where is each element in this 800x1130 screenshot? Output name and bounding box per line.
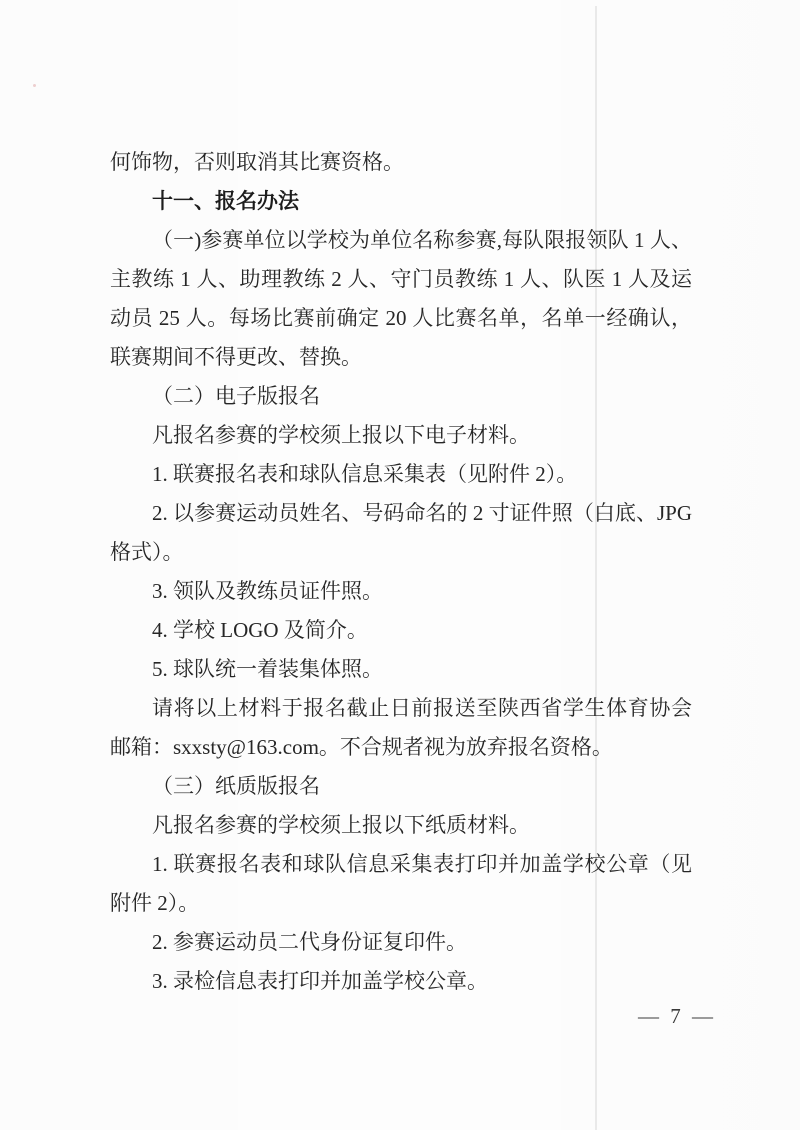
document-paragraph: 3. 领队及教练员证件照。 [110, 572, 692, 611]
document-paragraph: 凡报名参赛的学校须上报以下纸质材料。 [110, 806, 692, 845]
page-number-footer: — 7 — [638, 1001, 716, 1031]
document-paragraph: （三）纸质版报名 [110, 767, 692, 806]
document-paragraph: 1. 联赛报名表和球队信息采集表打印并加盖学校公章（见附件 2）。 [110, 845, 692, 923]
scanned-document-page: 何饰物，否则取消其比赛资格。十一、报名办法（一)参赛单位以学校为单位名称参赛,每… [0, 0, 800, 1130]
scan-speck-artifact [33, 84, 36, 87]
document-paragraph: 5. 球队统一着装集体照。 [110, 650, 692, 689]
document-paragraph: 4. 学校 LOGO 及简介。 [110, 611, 692, 650]
document-paragraph: 2. 以参赛运动员姓名、号码命名的 2 寸证件照（白底、JPG 格式）。 [110, 494, 692, 572]
document-paragraph: 1. 联赛报名表和球队信息采集表（见附件 2）。 [110, 455, 692, 494]
section-heading: 十一、报名办法 [110, 182, 692, 221]
document-paragraph: 2. 参赛运动员二代身份证复印件。 [110, 923, 692, 962]
document-paragraph: 请将以上材料于报名截止日前报送至陕西省学生体育协会邮箱：sxxsty@163.c… [110, 689, 692, 767]
document-paragraph: （二）电子版报名 [110, 377, 692, 416]
document-paragraph: 何饰物，否则取消其比赛资格。 [110, 143, 692, 182]
document-body: 何饰物，否则取消其比赛资格。十一、报名办法（一)参赛单位以学校为单位名称参赛,每… [110, 143, 692, 1001]
document-paragraph: 3. 录检信息表打印并加盖学校公章。 [110, 962, 692, 1001]
document-paragraph: （一)参赛单位以学校为单位名称参赛,每队限报领队 1 人、主教练 1 人、助理教… [110, 221, 692, 377]
document-paragraph: 凡报名参赛的学校须上报以下电子材料。 [110, 416, 692, 455]
